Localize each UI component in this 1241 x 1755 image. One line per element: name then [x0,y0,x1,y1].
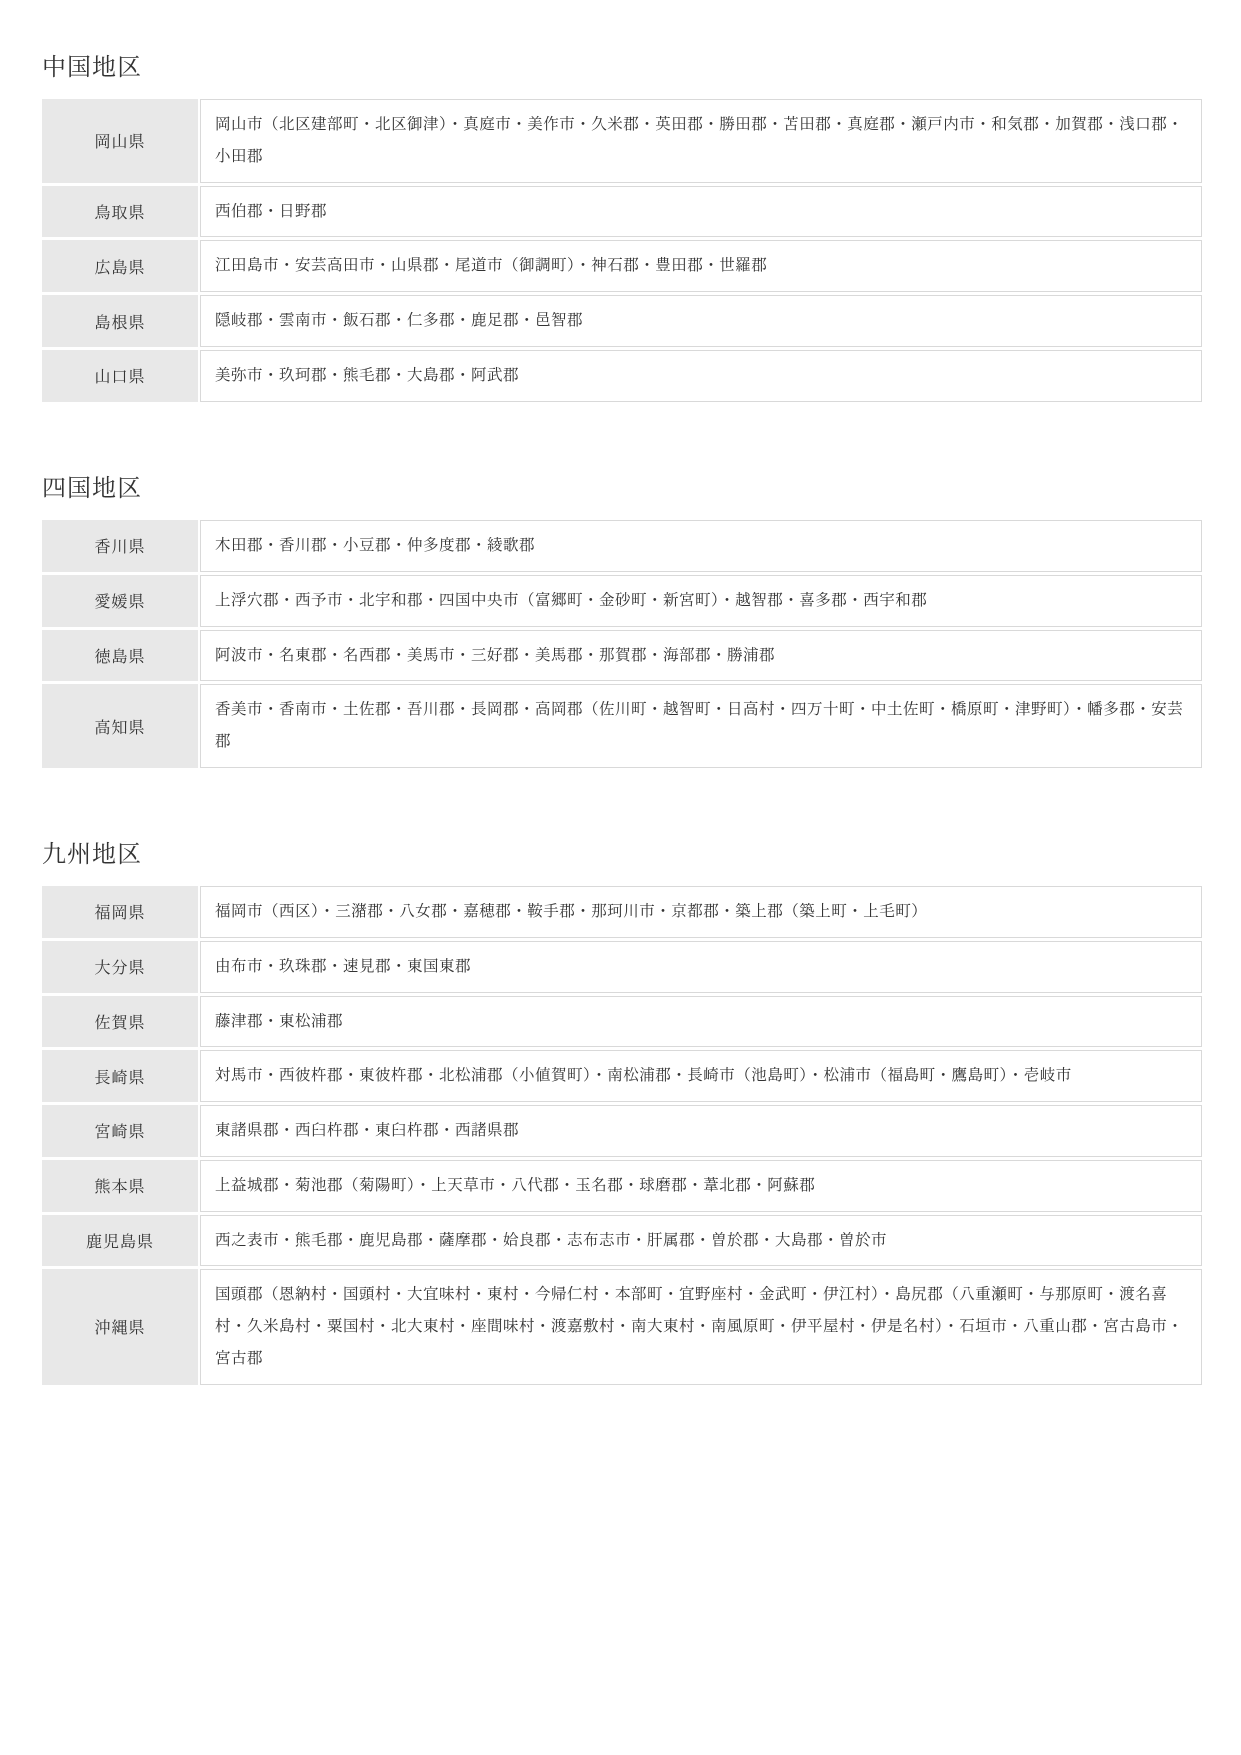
table-row: 宮崎県東諸県郡・西臼杵郡・東臼杵郡・西諸県郡 [42,1105,1202,1157]
areas-list-cell: 木田郡・香川郡・小豆郡・仲多度郡・綾歌郡 [200,520,1202,572]
table-row: 島根県隠岐郡・雲南市・飯石郡・仁多郡・鹿足郡・邑智郡 [42,295,1202,347]
prefecture-name-cell: 香川県 [42,520,198,572]
prefecture-name-cell: 山口県 [42,350,198,402]
areas-list-cell: 国頭郡（恩納村・国頭村・大宜味村・東村・今帰仁村・本部町・宜野座村・金武町・伊江… [200,1269,1202,1384]
areas-list-cell: 対馬市・西彼杵郡・東彼杵郡・北松浦郡（小値賀町）・南松浦郡・長崎市（池島町）・松… [200,1050,1202,1102]
table-row: 沖縄県国頭郡（恩納村・国頭村・大宜味村・東村・今帰仁村・本部町・宜野座村・金武町… [42,1269,1202,1384]
prefecture-name-cell: 熊本県 [42,1160,198,1212]
table-row: 鳥取県西伯郡・日野郡 [42,186,1202,238]
prefecture-name-cell: 愛媛県 [42,575,198,627]
prefecture-name-cell: 高知県 [42,684,198,768]
areas-list-cell: 上浮穴郡・西予市・北宇和郡・四国中央市（富郷町・金砂町・新宮町）・越智郡・喜多郡… [200,575,1202,627]
region-section: 九州地区福岡県福岡市（西区）・三潴郡・八女郡・嘉穂郡・鞍手郡・那珂川市・京都郡・… [40,839,1204,1388]
region-section: 四国地区香川県木田郡・香川郡・小豆郡・仲多度郡・綾歌郡愛媛県上浮穴郡・西予市・北… [40,473,1204,771]
areas-list-cell: 阿波市・名東郡・名西郡・美馬市・三好郡・美馬郡・那賀郡・海部郡・勝浦郡 [200,630,1202,682]
table-row: 香川県木田郡・香川郡・小豆郡・仲多度郡・綾歌郡 [42,520,1202,572]
areas-list-cell: 福岡市（西区）・三潴郡・八女郡・嘉穂郡・鞍手郡・那珂川市・京都郡・築上郡（築上町… [200,886,1202,938]
areas-list-cell: 江田島市・安芸高田市・山県郡・尾道市（御調町）・神石郡・豊田郡・世羅郡 [200,240,1202,292]
table-row: 岡山県岡山市（北区建部町・北区御津）・真庭市・美作市・久米郡・英田郡・勝田郡・苫… [42,99,1202,183]
areas-list-cell: 香美市・香南市・土佐郡・吾川郡・長岡郡・高岡郡（佐川町・越智町・日高村・四万十町… [200,684,1202,768]
prefecture-table: 岡山県岡山市（北区建部町・北区御津）・真庭市・美作市・久米郡・英田郡・勝田郡・苫… [40,96,1204,405]
table-row: 佐賀県藤津郡・東松浦郡 [42,996,1202,1048]
prefecture-name-cell: 広島県 [42,240,198,292]
table-row: 長崎県対馬市・西彼杵郡・東彼杵郡・北松浦郡（小値賀町）・南松浦郡・長崎市（池島町… [42,1050,1202,1102]
prefecture-table: 福岡県福岡市（西区）・三潴郡・八女郡・嘉穂郡・鞍手郡・那珂川市・京都郡・築上郡（… [40,883,1204,1388]
areas-list-cell: 美弥市・玖珂郡・熊毛郡・大島郡・阿武郡 [200,350,1202,402]
prefecture-name-cell: 佐賀県 [42,996,198,1048]
prefecture-name-cell: 徳島県 [42,630,198,682]
section-title: 中国地区 [42,52,1204,83]
prefecture-name-cell: 鹿児島県 [42,1215,198,1267]
prefecture-name-cell: 福岡県 [42,886,198,938]
areas-list-cell: 東諸県郡・西臼杵郡・東臼杵郡・西諸県郡 [200,1105,1202,1157]
prefecture-name-cell: 島根県 [42,295,198,347]
table-row: 愛媛県上浮穴郡・西予市・北宇和郡・四国中央市（富郷町・金砂町・新宮町）・越智郡・… [42,575,1202,627]
areas-list-cell: 由布市・玖珠郡・速見郡・東国東郡 [200,941,1202,993]
prefecture-name-cell: 沖縄県 [42,1269,198,1384]
table-row: 福岡県福岡市（西区）・三潴郡・八女郡・嘉穂郡・鞍手郡・那珂川市・京都郡・築上郡（… [42,886,1202,938]
areas-list-cell: 岡山市（北区建部町・北区御津）・真庭市・美作市・久米郡・英田郡・勝田郡・苫田郡・… [200,99,1202,183]
prefecture-table: 香川県木田郡・香川郡・小豆郡・仲多度郡・綾歌郡愛媛県上浮穴郡・西予市・北宇和郡・… [40,517,1204,771]
prefecture-name-cell: 長崎県 [42,1050,198,1102]
table-row: 鹿児島県西之表市・熊毛郡・鹿児島郡・薩摩郡・姶良郡・志布志市・肝属郡・曽於郡・大… [42,1215,1202,1267]
areas-list-cell: 藤津郡・東松浦郡 [200,996,1202,1048]
table-row: 熊本県上益城郡・菊池郡（菊陽町）・上天草市・八代郡・玉名郡・球磨郡・葦北郡・阿蘇… [42,1160,1202,1212]
areas-list-cell: 西伯郡・日野郡 [200,186,1202,238]
table-row: 大分県由布市・玖珠郡・速見郡・東国東郡 [42,941,1202,993]
region-district-page: 中国地区岡山県岡山市（北区建部町・北区御津）・真庭市・美作市・久米郡・英田郡・勝… [0,0,1241,1755]
areas-list-cell: 西之表市・熊毛郡・鹿児島郡・薩摩郡・姶良郡・志布志市・肝属郡・曽於郡・大島郡・曽… [200,1215,1202,1267]
table-row: 高知県香美市・香南市・土佐郡・吾川郡・長岡郡・高岡郡（佐川町・越智町・日高村・四… [42,684,1202,768]
prefecture-name-cell: 大分県 [42,941,198,993]
prefecture-name-cell: 宮崎県 [42,1105,198,1157]
areas-list-cell: 上益城郡・菊池郡（菊陽町）・上天草市・八代郡・玉名郡・球磨郡・葦北郡・阿蘇郡 [200,1160,1202,1212]
table-row: 広島県江田島市・安芸高田市・山県郡・尾道市（御調町）・神石郡・豊田郡・世羅郡 [42,240,1202,292]
prefecture-name-cell: 鳥取県 [42,186,198,238]
areas-list-cell: 隠岐郡・雲南市・飯石郡・仁多郡・鹿足郡・邑智郡 [200,295,1202,347]
prefecture-name-cell: 岡山県 [42,99,198,183]
region-section: 中国地区岡山県岡山市（北区建部町・北区御津）・真庭市・美作市・久米郡・英田郡・勝… [40,52,1204,405]
table-row: 山口県美弥市・玖珂郡・熊毛郡・大島郡・阿武郡 [42,350,1202,402]
section-title: 四国地区 [42,473,1204,504]
table-row: 徳島県阿波市・名東郡・名西郡・美馬市・三好郡・美馬郡・那賀郡・海部郡・勝浦郡 [42,630,1202,682]
section-title: 九州地区 [42,839,1204,870]
